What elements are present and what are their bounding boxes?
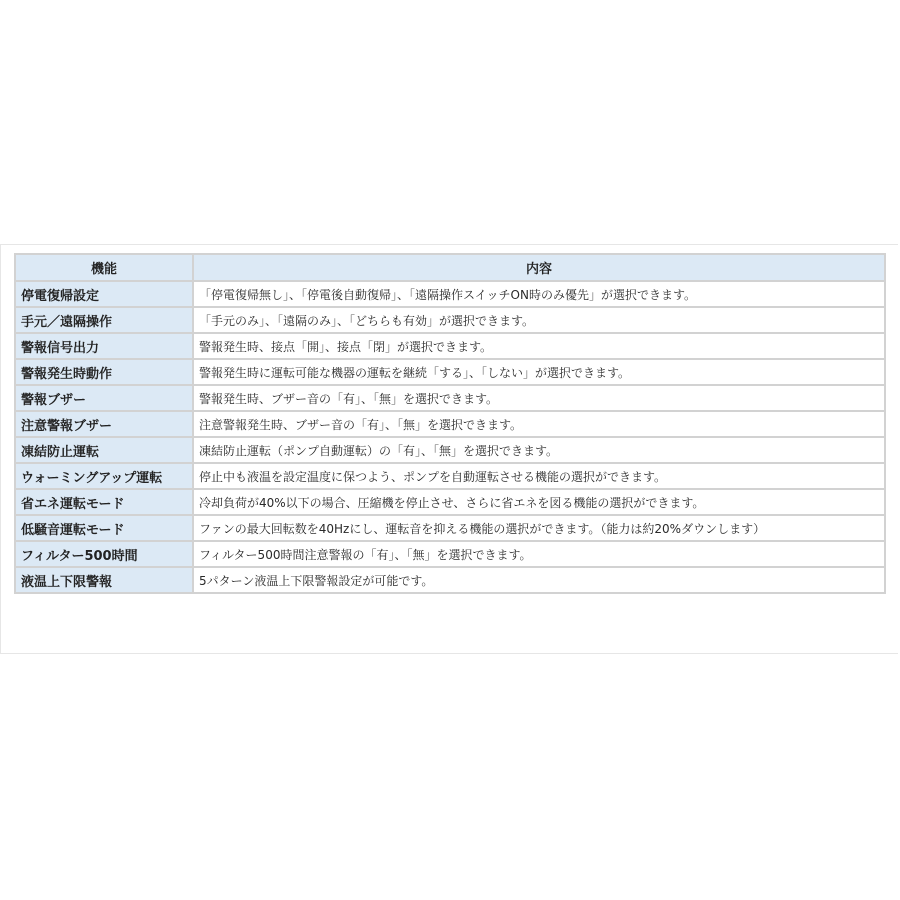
- table-row: ウォーミングアップ運転 停止中も液温を設定温度に保つよう、ポンプを自動運転させる…: [15, 463, 885, 489]
- content-cell: 注意警報発生時、ブザー音の「有」、「無」を選択できます。: [193, 411, 885, 437]
- table-row: 注意警報ブザー 注意警報発生時、ブザー音の「有」、「無」を選択できます。: [15, 411, 885, 437]
- function-cell: 警報信号出力: [15, 333, 193, 359]
- table-row: 省エネ運転モード 冷却負荷が40%以下の場合、圧縮機を停止させ、さらに省エネを図…: [15, 489, 885, 515]
- table-row: 警報ブザー 警報発生時、ブザー音の「有」、「無」を選択できます。: [15, 385, 885, 411]
- content-cell: ファンの最大回転数を40Hzにし、運転音を抑える機能の選択ができます。（能力は約…: [193, 515, 885, 541]
- table-row: 警報信号出力 警報発生時、接点「開」、接点「閉」が選択できます。: [15, 333, 885, 359]
- content-cell: 警報発生時、接点「開」、接点「閉」が選択できます。: [193, 333, 885, 359]
- function-cell: 注意警報ブザー: [15, 411, 193, 437]
- header-function: 機能: [15, 254, 193, 281]
- table-row: 凍結防止運転 凍結防止運転（ポンプ自動運転）の「有」、「無」を選択できます。: [15, 437, 885, 463]
- content-cell: 凍結防止運転（ポンプ自動運転）の「有」、「無」を選択できます。: [193, 437, 885, 463]
- feature-spec-table: 機能 内容 停電復帰設定 「停電復帰無し」、「停電後自動復帰」、「遠隔操作スイッ…: [14, 253, 886, 594]
- function-cell: フィルター500時間: [15, 541, 193, 567]
- function-cell: 警報発生時動作: [15, 359, 193, 385]
- table-row: 停電復帰設定 「停電復帰無し」、「停電後自動復帰」、「遠隔操作スイッチON時のみ…: [15, 281, 885, 307]
- function-cell: 液温上下限警報: [15, 567, 193, 593]
- content-cell: 「手元のみ」、「遠隔のみ」、「どちらも有効」が選択できます。: [193, 307, 885, 333]
- function-cell: ウォーミングアップ運転: [15, 463, 193, 489]
- function-cell: 警報ブザー: [15, 385, 193, 411]
- content-cell: フィルター500時間注意警報の「有」、「無」を選択できます。: [193, 541, 885, 567]
- content-cell: 5パターン液温上下限警報設定が可能です。: [193, 567, 885, 593]
- table-row: 手元／遠隔操作 「手元のみ」、「遠隔のみ」、「どちらも有効」が選択できます。: [15, 307, 885, 333]
- content-cell: 「停電復帰無し」、「停電後自動復帰」、「遠隔操作スイッチON時のみ優先」が選択で…: [193, 281, 885, 307]
- content-cell: 停止中も液温を設定温度に保つよう、ポンプを自動運転させる機能の選択ができます。: [193, 463, 885, 489]
- content-cell: 警報発生時に運転可能な機器の運転を継続「する」、「しない」が選択できます。: [193, 359, 885, 385]
- function-cell: 停電復帰設定: [15, 281, 193, 307]
- function-cell: 凍結防止運転: [15, 437, 193, 463]
- content-cell: 警報発生時、ブザー音の「有」、「無」を選択できます。: [193, 385, 885, 411]
- header-content: 内容: [193, 254, 885, 281]
- content-cell: 冷却負荷が40%以下の場合、圧縮機を停止させ、さらに省エネを図る機能の選択ができ…: [193, 489, 885, 515]
- function-cell: 省エネ運転モード: [15, 489, 193, 515]
- function-cell: 低騒音運転モード: [15, 515, 193, 541]
- table-header-row: 機能 内容: [15, 254, 885, 281]
- table-row: 低騒音運転モード ファンの最大回転数を40Hzにし、運転音を抑える機能の選択がで…: [15, 515, 885, 541]
- function-cell: 手元／遠隔操作: [15, 307, 193, 333]
- table-row: フィルター500時間 フィルター500時間注意警報の「有」、「無」を選択できます…: [15, 541, 885, 567]
- table-row: 液温上下限警報 5パターン液温上下限警報設定が可能です。: [15, 567, 885, 593]
- table-row: 警報発生時動作 警報発生時に運転可能な機器の運転を継続「する」、「しない」が選択…: [15, 359, 885, 385]
